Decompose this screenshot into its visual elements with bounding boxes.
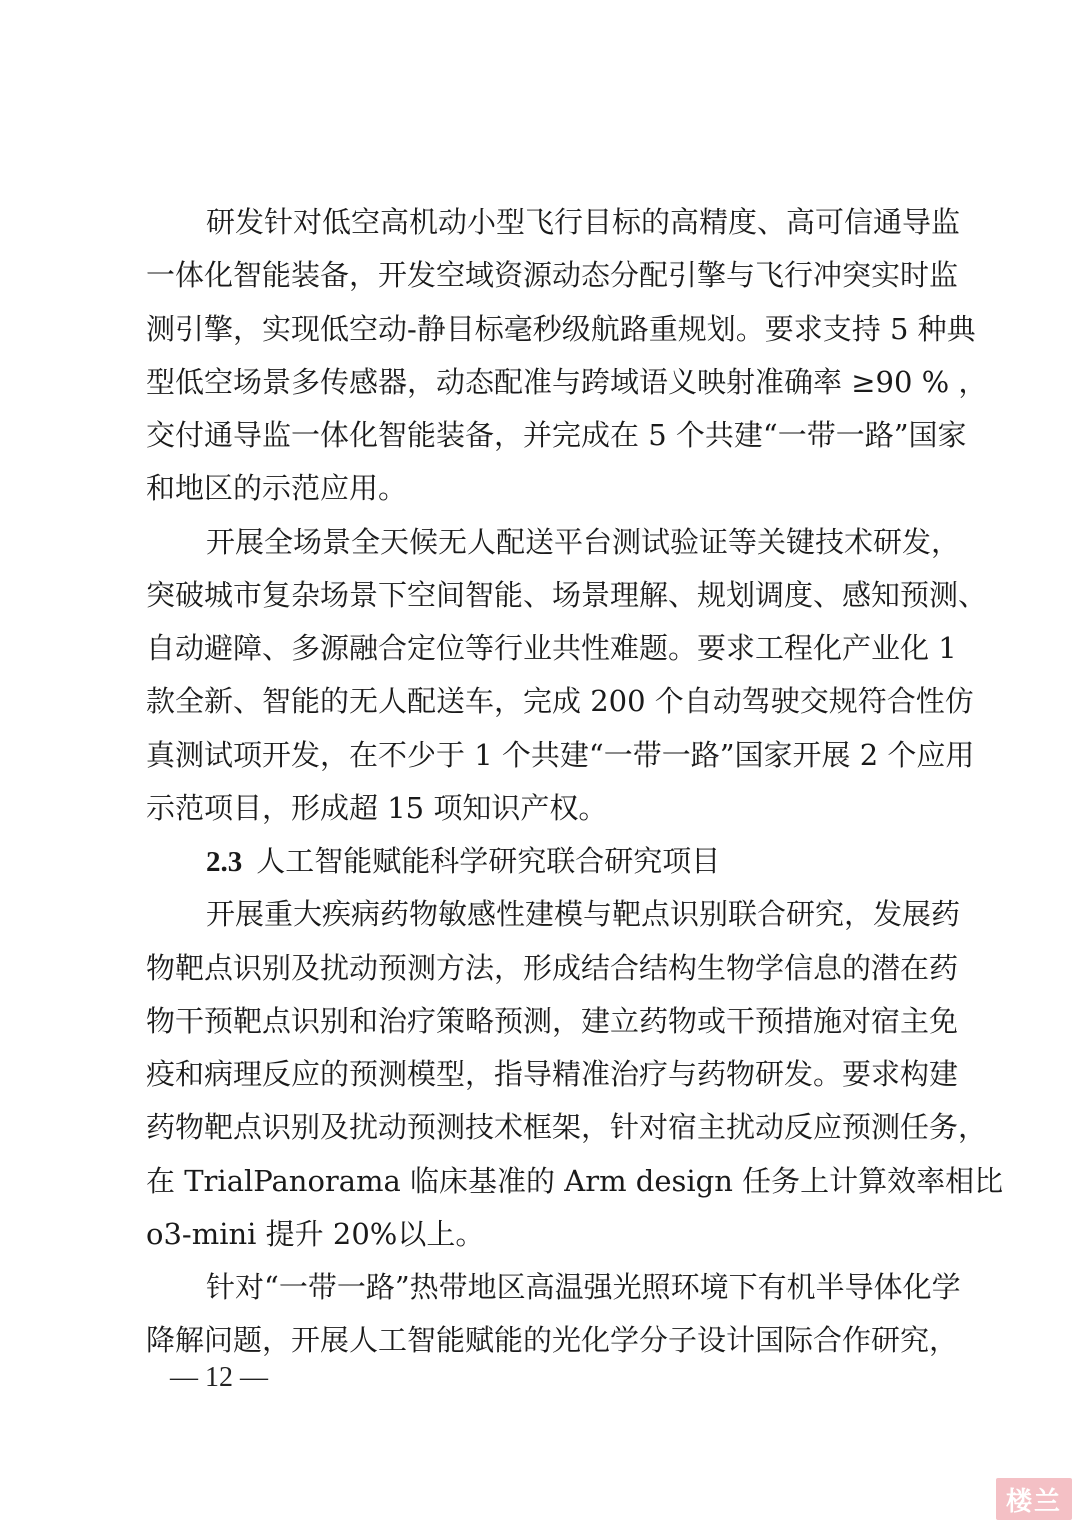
paragraph-delivery: 开展全场景全天候无人配送平台测试验证等关键技术研发， 突破城市复杂场景下空间智能… [146, 516, 936, 836]
text-line: 疫和病理反应的预测模型，指导精准治疗与药物研发。要求构建 [146, 1048, 936, 1101]
text-line: 真测试项开发，在不少于 1 个共建“一带一路”国家开展 2 个应用 [146, 729, 936, 782]
page-number: — 12 — [170, 1362, 268, 1394]
paragraph-drug-targets: 开展重大疾病药物敏感性建模与靶点识别联合研究，发展药 物靶点识别及扰动预测方法，… [146, 888, 936, 1261]
text-line: 一体化智能装备，开发空域资源动态分配引擎与飞行冲突实时监 [146, 249, 936, 302]
text-line: o3-mini 提升 20%以上。 [146, 1208, 936, 1261]
text-line: 药物靶点识别及扰动预测技术框架，针对宿主扰动反应预测任务， [146, 1101, 936, 1154]
text-line: 针对“一带一路”热带地区高温强光照环境下有机半导体化学 [146, 1261, 936, 1314]
section-title: 人工智能赋能科学研究联合研究项目 [256, 844, 720, 878]
document-body: 研发针对低空高机动小型飞行目标的高精度、高可信通导监 一体化智能装备，开发空域资… [146, 196, 936, 1368]
text-line: 测引擎，实现低空动-静目标毫秒级航路重规划。要求支持 5 种典 [146, 303, 936, 356]
text-line: 示范项目，形成超 15 项知识产权。 [146, 782, 936, 835]
text-line: 款全新、智能的无人配送车，完成 200 个自动驾驶交规符合性仿 [146, 675, 936, 728]
text-line: 突破城市复杂场景下空间智能、场景理解、规划调度、感知预测、 [146, 569, 936, 622]
watermark-seal-icon: 楼兰 [996, 1478, 1072, 1520]
paragraph-low-altitude: 研发针对低空高机动小型飞行目标的高精度、高可信通导监 一体化智能装备，开发空域资… [146, 196, 936, 516]
section-heading: 2.3人工智能赋能科学研究联合研究项目 [146, 835, 936, 888]
text-line: 自动避障、多源融合定位等行业共性难题。要求工程化产业化 1 [146, 622, 936, 675]
text-line: 在 TrialPanorama 临床基准的 Arm design 任务上计算效率… [146, 1155, 936, 1208]
text-line: 开展全场景全天候无人配送平台测试验证等关键技术研发， [146, 516, 936, 569]
section-number: 2.3 [206, 846, 242, 878]
text-line: 交付通导监一体化智能装备，并完成在 5 个共建“一带一路”国家 [146, 409, 936, 462]
text-line: 物靶点识别及扰动预测方法，形成结合结构生物学信息的潜在药 [146, 942, 936, 995]
text-line: 研发针对低空高机动小型飞行目标的高精度、高可信通导监 [146, 196, 936, 249]
paragraph-photochemistry: 针对“一带一路”热带地区高温强光照环境下有机半导体化学 降解问题，开展人工智能赋… [146, 1261, 936, 1368]
text-line: 物干预靶点识别和治疗策略预测，建立药物或干预措施对宿主免 [146, 995, 936, 1048]
text-line: 和地区的示范应用。 [146, 462, 936, 515]
text-line: 降解问题，开展人工智能赋能的光化学分子设计国际合作研究， [146, 1314, 936, 1367]
text-line: 开展重大疾病药物敏感性建模与靶点识别联合研究，发展药 [146, 888, 936, 941]
text-line: 型低空场景多传感器，动态配准与跨域语义映射准确率 ≥90 % ， [146, 356, 936, 409]
